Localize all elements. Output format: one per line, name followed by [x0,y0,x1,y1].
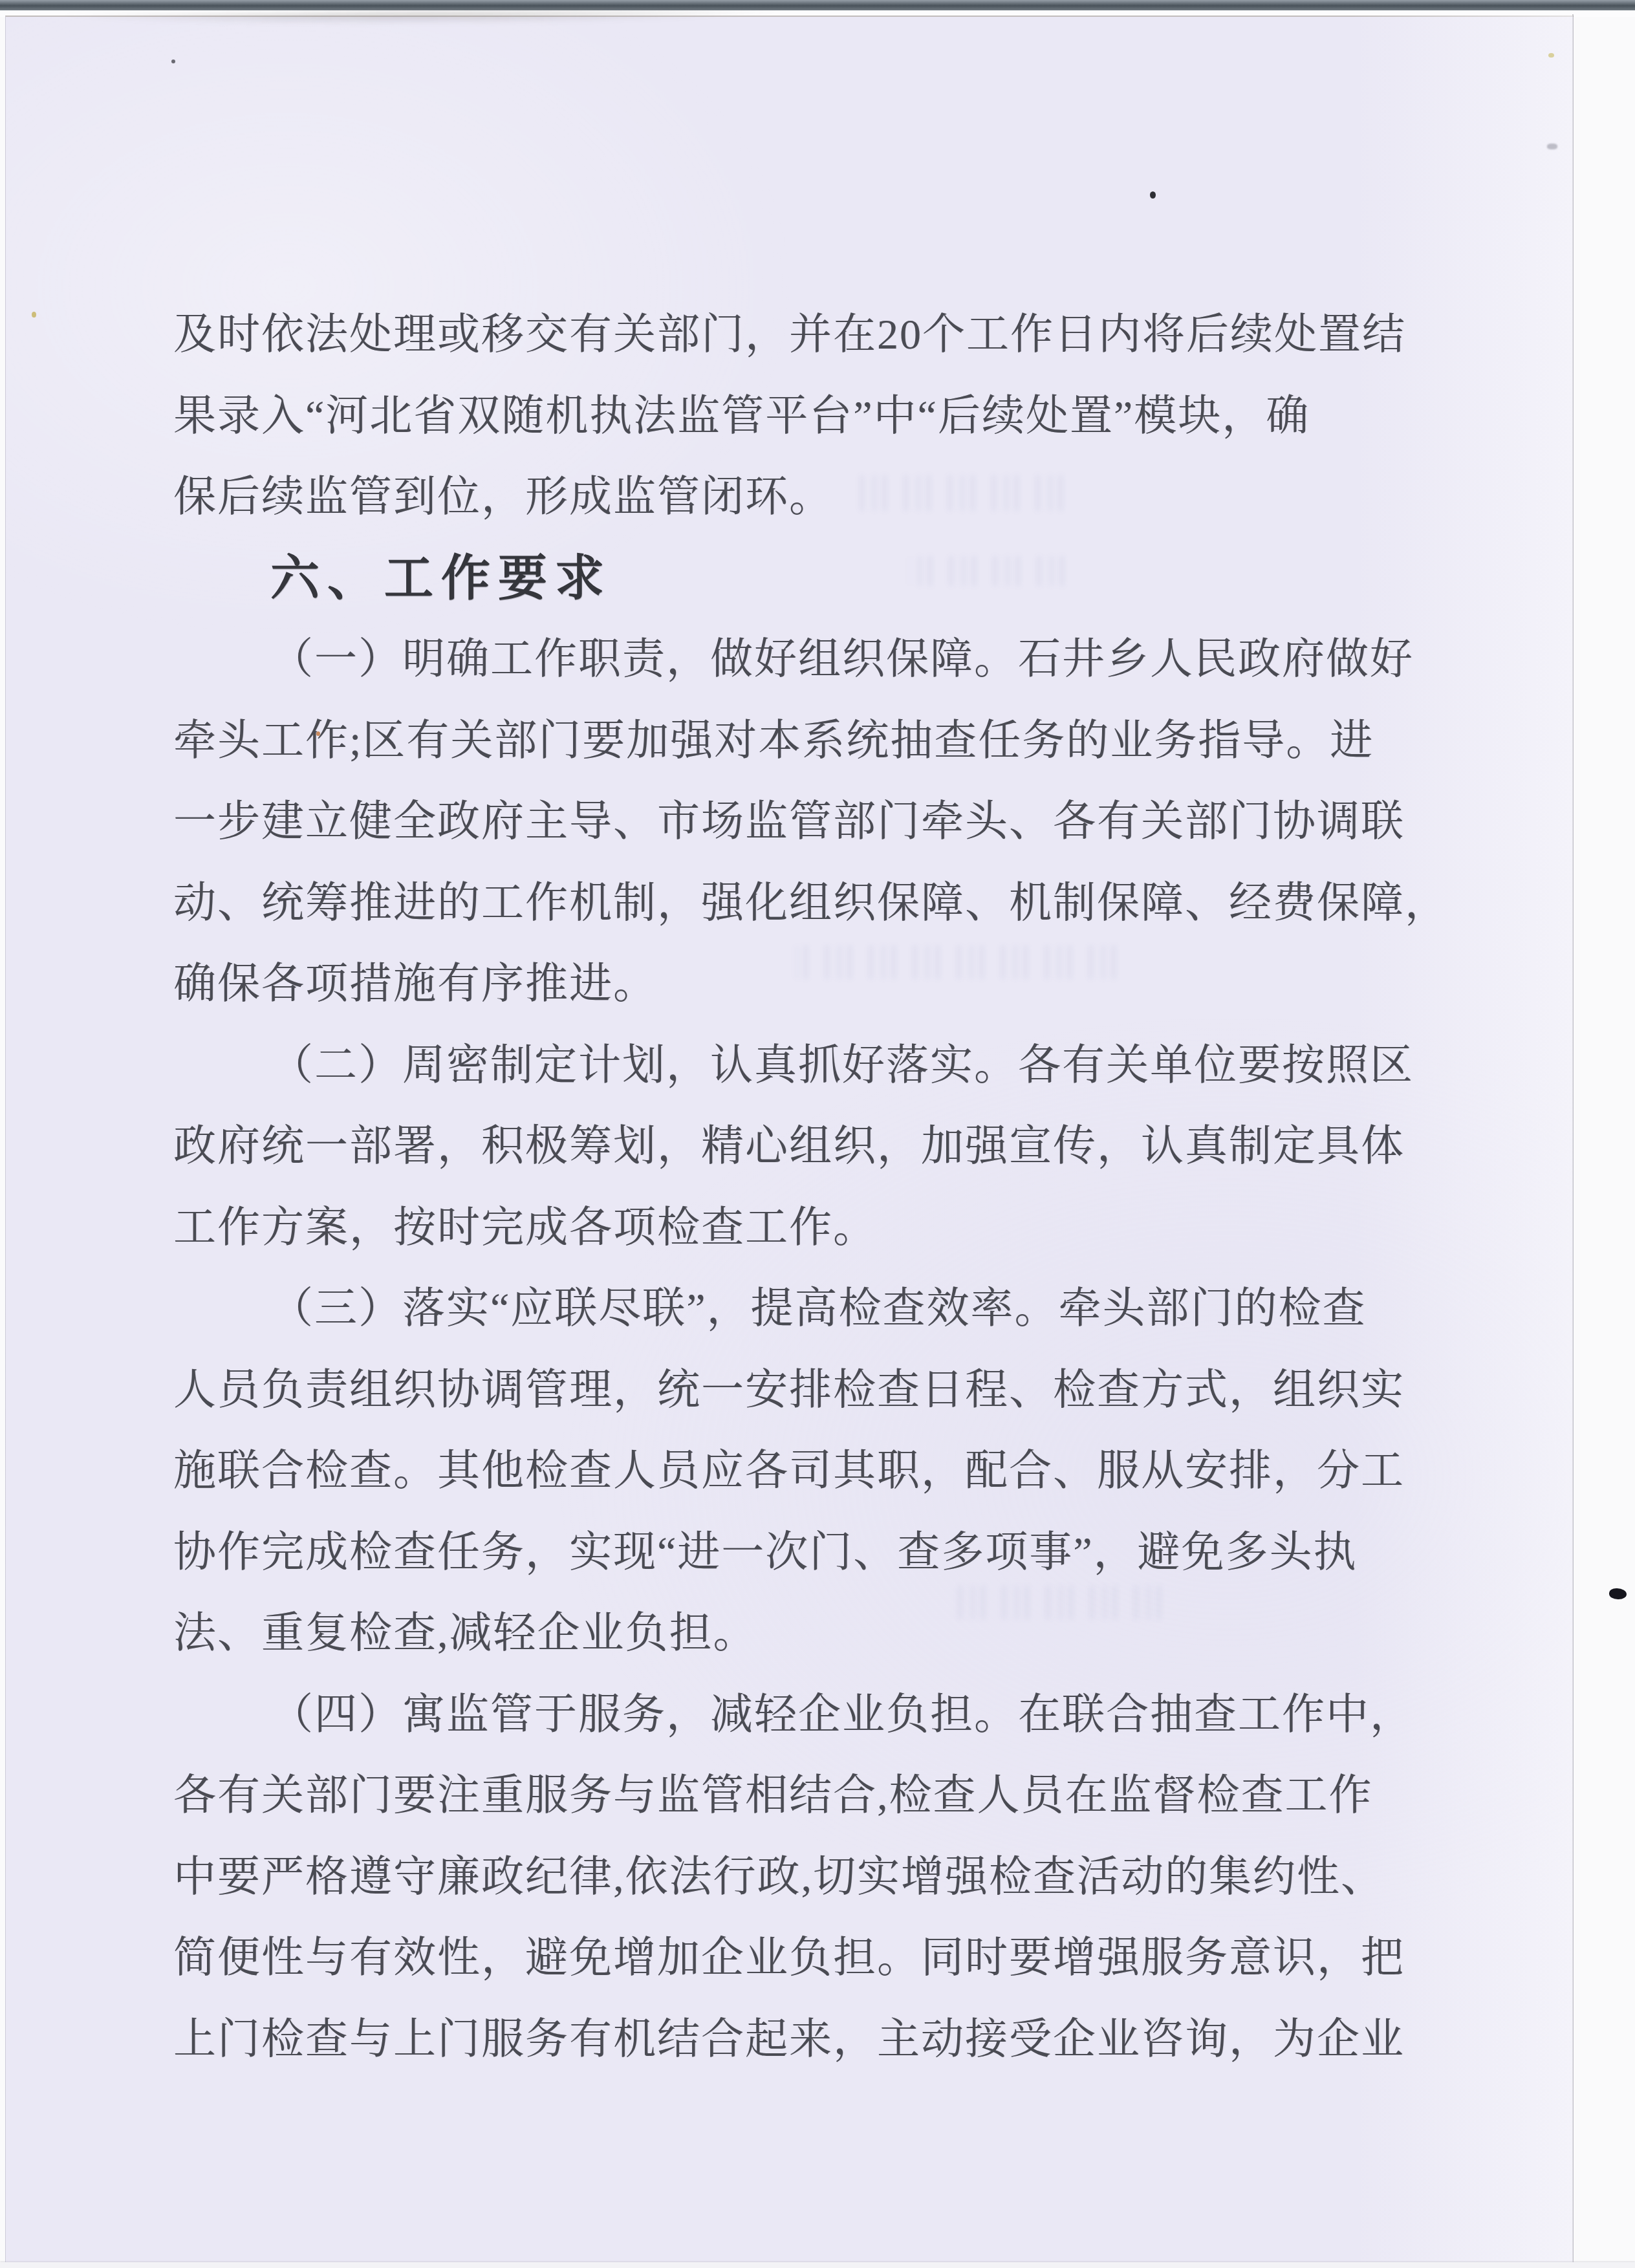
section-heading: 六、工作要求 [173,538,1413,620]
paragraph-start-line: （一）明确工作职责，做好组织保障。石井乡人民政府做好 [173,619,1413,700]
text-line: 牵头工作;区有关部门要加强对本系统抽查任务的业务指导。进 [173,700,1413,782]
text-line: 协作完成检查任务，实现“进一次门、查多项事”，避免多头执 [173,1512,1413,1593]
scanned-page: 及时依法处理或移交有关部门，并在20个工作日内将后续处置结 果录入“河北省双随机… [0,0,1635,2268]
text-line: 动、统筹推进的工作机制，强化组织保障、机制保障、经费保障， [173,863,1413,944]
paragraph-start-line: （二）周密制定计划，认真抓好落实。各有关单位要按照区 [173,1025,1413,1107]
text-line: 施联合检查。其他检查人员应各司其职，配合、服从安排，分工 [173,1431,1413,1512]
text-line: 政府统一部署，积极筹划，精心组织，加强宣传，认真制定具体 [173,1106,1413,1187]
text-line: 果录入“河北省双随机执法监管平台”中“后续处置”模块，确 [173,376,1413,457]
text-line: 一步建立健全政府主导、市场监管部门牵头、各有关部门协调联 [173,781,1413,863]
text-line: 各有关部门要注重服务与监管相结合,检查人员在监督检查工作 [173,1755,1413,1837]
text-line: 法、重复检查,减轻企业负担。 [173,1593,1413,1674]
paragraph-start-line: （三）落实“应联尽联”，提高检查效率。牵头部门的检查 [173,1268,1413,1350]
paper-bottom-edge [0,2262,1635,2268]
text-line: 中要严格遵守廉政纪律,依法行政,切实增强检查活动的集约性、 [173,1837,1413,1918]
text-line: 保后续监管到位，形成监管闭环。 [173,457,1413,538]
text-line: 人员负责组织协调管理，统一安排检查日程、检查方式，组织实 [173,1350,1413,1431]
paper-speck [1548,53,1554,58]
ink-speck [171,59,175,63]
paper-speck [32,312,36,318]
document-text-block: 及时依法处理或移交有关部门，并在20个工作日内将后续处置结 果录入“河北省双随机… [173,294,1413,2080]
ink-speck [1609,1588,1627,1599]
paragraph-start-line: （四）寓监管于服务，减轻企业负担。在联合抽查工作中， [173,1674,1413,1756]
text-line: 及时依法处理或移交有关部门，并在20个工作日内将后续处置结 [173,294,1413,376]
text-line: 确保各项措施有序推进。 [173,944,1413,1025]
text-line: 简便性与有效性，避免增加企业负担。同时要增强服务意识，把 [173,1917,1413,1999]
text-line: 工作方案，按时完成各项检查工作。 [173,1187,1413,1269]
paper-smudge [1547,144,1557,149]
ink-speck [1150,191,1156,199]
text-line: 上门检查与上门服务有机结合起来，主动接受企业咨询，为企业 [173,1999,1413,2080]
paper-speck [316,731,320,736]
